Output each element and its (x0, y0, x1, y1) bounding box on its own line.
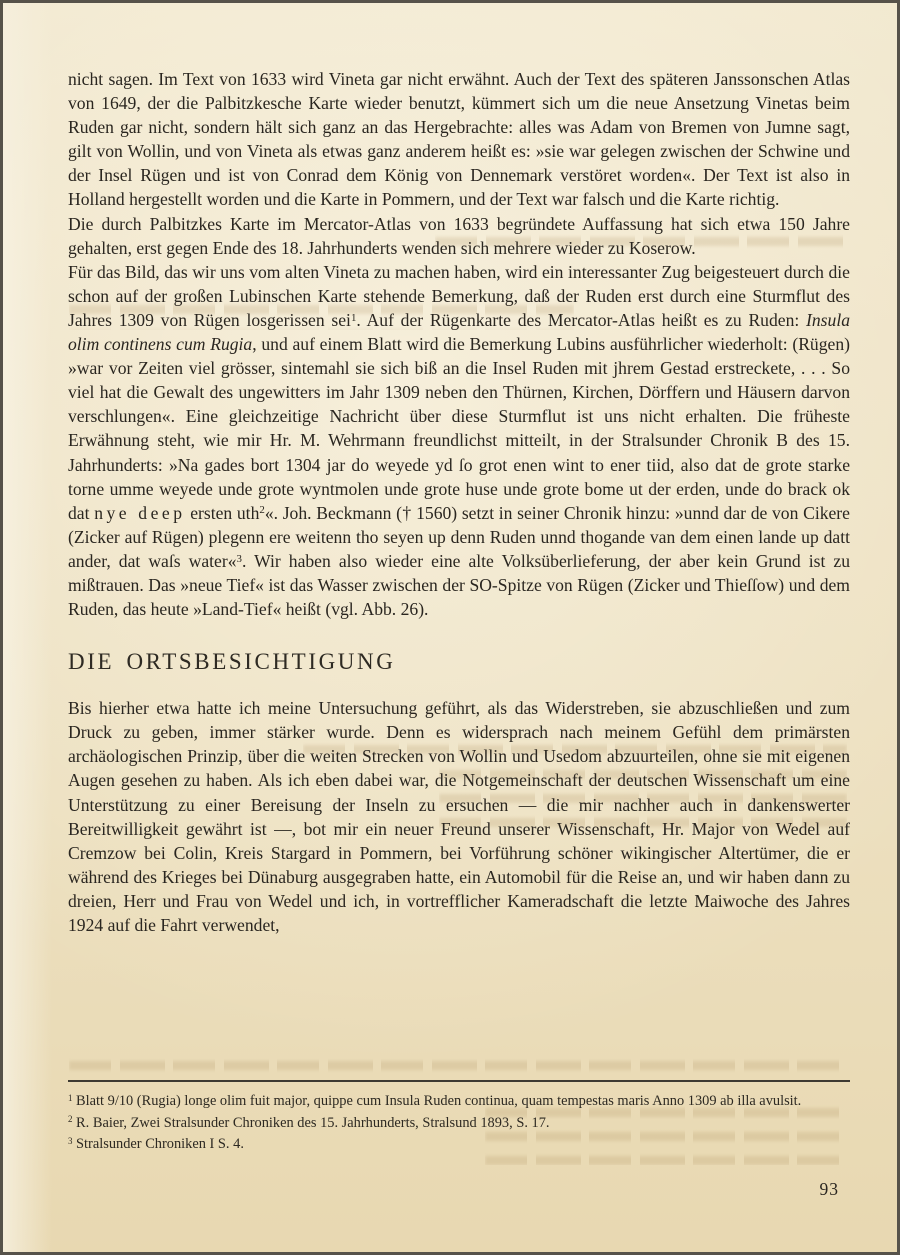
footnote-separator (68, 1080, 850, 1082)
footnote-text: R. Baier, Zwei Stralsunder Chroniken des… (72, 1115, 549, 1131)
footnote-text: Blatt 9/10 (Rugia) longe olim fuit major… (72, 1093, 801, 1109)
footnote-reference-3: 3 (237, 553, 242, 565)
paragraph-text: ersten uth (186, 503, 260, 523)
footnote-3: 3 Stralsunder Chroniken I S. 4. (68, 1134, 850, 1156)
page-body-text: nicht sagen. Im Text von 1633 wird Vinet… (68, 67, 850, 937)
body-paragraph-4: Bis hierher etwa hatte ich meine Untersu… (68, 696, 850, 937)
footnote-reference-2: 2 (259, 504, 264, 516)
footnote-block: 1 Blatt 9/10 (Rugia) longe olim fuit maj… (68, 1080, 850, 1156)
emphasized-spaced-text: nye deep (94, 503, 185, 523)
footnote-1: 1 Blatt 9/10 (Rugia) longe olim fuit maj… (68, 1091, 850, 1113)
footnote-reference-1: 1 (351, 312, 356, 324)
paragraph-text: . Auf der Rügenkarte des Mercator-Atlas … (356, 310, 806, 330)
footnote-2: 2 R. Baier, Zwei Stralsunder Chroniken d… (68, 1113, 850, 1135)
body-paragraph-1: nicht sagen. Im Text von 1633 wird Vinet… (68, 67, 850, 212)
scanned-book-page: { "page": { "number": "93", "language": … (0, 0, 900, 1255)
footnote-marker-2: 2 (68, 1114, 72, 1124)
section-heading: DIE ORTSBESICHTIGUNG (68, 648, 850, 676)
page-number: 93 (820, 1179, 840, 1200)
body-paragraph-2: Die durch Palbitzkes Karte im Mercator-A… (68, 212, 850, 260)
footnote-text: Stralsunder Chroniken I S. 4. (72, 1136, 243, 1152)
bleed-through-text (69, 1056, 847, 1076)
paragraph-text: , und auf einem Blatt wird die Bemerkung… (68, 334, 850, 523)
footnote-marker-3: 3 (68, 1136, 72, 1146)
footnote-marker-1: 1 (68, 1093, 72, 1103)
body-paragraph-3: Für das Bild, das wir uns vom alten Vine… (68, 260, 850, 621)
